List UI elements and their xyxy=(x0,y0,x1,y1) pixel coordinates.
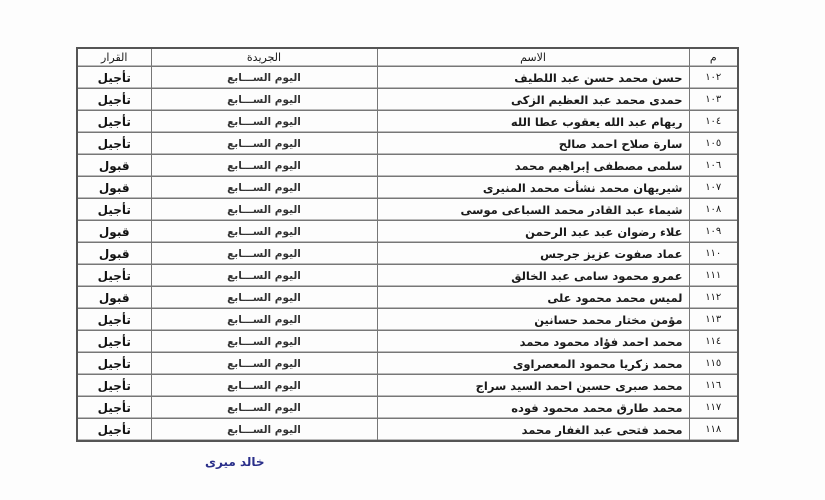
row-newspaper: اليوم الســـابع xyxy=(151,133,377,155)
header-newspaper: الجريدة xyxy=(151,48,377,67)
row-newspaper: اليوم الســـابع xyxy=(151,397,377,419)
row-decision: قبول xyxy=(77,287,151,309)
row-name: محمد طارق محمد محمود فوده xyxy=(377,397,689,419)
row-name: محمد فتحى عبد الغفار محمد xyxy=(377,419,689,442)
row-name: محمد احمد فؤاد محمود محمد xyxy=(377,331,689,353)
row-decision: تأجيل xyxy=(77,375,151,397)
row-name: عماد صفوت عزيز جرجس xyxy=(377,243,689,265)
table-row: ١١٨محمد فتحى عبد الغفار محمداليوم الســـ… xyxy=(77,419,738,442)
row-newspaper: اليوم الســـابع xyxy=(151,287,377,309)
table-row: ١٠٦سلمى مصطفى إبراهيم محمداليوم الســـاب… xyxy=(77,155,738,177)
row-number: ١٠٥ xyxy=(689,133,738,155)
row-name: مؤمن مختار محمد حسانين xyxy=(377,309,689,331)
row-number: ١١١ xyxy=(689,265,738,287)
row-number: ١٠٣ xyxy=(689,89,738,111)
table-row: ١٠٥سارة صلاح احمد صالحاليوم الســـابعتأج… xyxy=(77,133,738,155)
row-name: ريهام عبد الله يعقوب عطا الله xyxy=(377,111,689,133)
row-name: حسن محمد حسن عبد اللطيف xyxy=(377,67,689,89)
table-row: ١١١عمرو محمود سامى عبد الخالقاليوم الســ… xyxy=(77,265,738,287)
row-decision: تأجيل xyxy=(77,265,151,287)
row-decision: تأجيل xyxy=(77,111,151,133)
row-number: ١٠٦ xyxy=(689,155,738,177)
row-name: علاء رضوان عبد عبد الرحمن xyxy=(377,221,689,243)
row-number: ١٠٧ xyxy=(689,177,738,199)
row-number: ١٠٩ xyxy=(689,221,738,243)
row-decision: تأجيل xyxy=(77,89,151,111)
table-row: ١٠٩علاء رضوان عبد عبد الرحمناليوم الســـ… xyxy=(77,221,738,243)
table-row: ١١٣مؤمن مختار محمد حسانيناليوم الســـابع… xyxy=(77,309,738,331)
row-number: ١٠٨ xyxy=(689,199,738,221)
table-row: ١١٠عماد صفوت عزيز جرجساليوم الســـابعقبو… xyxy=(77,243,738,265)
table-row: ١٠٨شيماء عبد القادر محمد السباعى موسىالي… xyxy=(77,199,738,221)
row-decision: قبول xyxy=(77,155,151,177)
row-newspaper: اليوم الســـابع xyxy=(151,375,377,397)
table-row: ١٠٤ريهام عبد الله يعقوب عطا اللهاليوم ال… xyxy=(77,111,738,133)
row-decision: تأجيل xyxy=(77,419,151,442)
row-number: ١١٥ xyxy=(689,353,738,375)
row-decision: قبول xyxy=(77,221,151,243)
row-newspaper: اليوم الســـابع xyxy=(151,331,377,353)
row-decision: تأجيل xyxy=(77,133,151,155)
row-decision: تأجيل xyxy=(77,67,151,89)
row-newspaper: اليوم الســـابع xyxy=(151,199,377,221)
table-row: ١١٥محمد زكريا محمود المعصراوىاليوم الســ… xyxy=(77,353,738,375)
row-newspaper: اليوم الســـابع xyxy=(151,221,377,243)
row-number: ١١٣ xyxy=(689,309,738,331)
row-newspaper: اليوم الســـابع xyxy=(151,111,377,133)
row-decision: تأجيل xyxy=(77,397,151,419)
row-number: ١١٢ xyxy=(689,287,738,309)
row-name: محمد صبرى حسين احمد السيد سراج xyxy=(377,375,689,397)
row-newspaper: اليوم الســـابع xyxy=(151,309,377,331)
row-newspaper: اليوم الســـابع xyxy=(151,177,377,199)
row-decision: تأجيل xyxy=(77,331,151,353)
row-newspaper: اليوم الســـابع xyxy=(151,155,377,177)
header-number: م xyxy=(689,48,738,67)
row-name: سارة صلاح احمد صالح xyxy=(377,133,689,155)
row-name: لميس محمد محمود على xyxy=(377,287,689,309)
header-decision: القرار xyxy=(77,48,151,67)
table-row: ١١٧محمد طارق محمد محمود فودهاليوم الســـ… xyxy=(77,397,738,419)
row-decision: قبول xyxy=(77,177,151,199)
row-number: ١١٧ xyxy=(689,397,738,419)
row-decision: تأجيل xyxy=(77,199,151,221)
row-newspaper: اليوم الســـابع xyxy=(151,265,377,287)
row-name: حمدى محمد عبد العظيم الزكى xyxy=(377,89,689,111)
row-name: عمرو محمود سامى عبد الخالق xyxy=(377,265,689,287)
row-decision: تأجيل xyxy=(77,309,151,331)
table-row: ١١٤محمد احمد فؤاد محمود محمداليوم الســـ… xyxy=(77,331,738,353)
row-number: ١١٦ xyxy=(689,375,738,397)
row-name: سلمى مصطفى إبراهيم محمد xyxy=(377,155,689,177)
members-table: م الاسم الجريدة القرار ١٠٢حسن محمد حسن ع… xyxy=(76,47,739,442)
row-newspaper: اليوم الســـابع xyxy=(151,67,377,89)
row-newspaper: اليوم الســـابع xyxy=(151,89,377,111)
row-decision: قبول xyxy=(77,243,151,265)
row-number: ١٠٢ xyxy=(689,67,738,89)
row-number: ١١٨ xyxy=(689,419,738,442)
row-number: ١١٤ xyxy=(689,331,738,353)
signature: خالد ميرى xyxy=(205,455,265,469)
row-name: شيماء عبد القادر محمد السباعى موسى xyxy=(377,199,689,221)
row-name: محمد زكريا محمود المعصراوى xyxy=(377,353,689,375)
row-number: ١١٠ xyxy=(689,243,738,265)
table-row: ١١٦محمد صبرى حسين احمد السيد سراجاليوم ا… xyxy=(77,375,738,397)
header-name: الاسم xyxy=(377,48,689,67)
row-number: ١٠٤ xyxy=(689,111,738,133)
row-newspaper: اليوم الســـابع xyxy=(151,243,377,265)
table-header-row: م الاسم الجريدة القرار xyxy=(77,48,738,67)
row-decision: تأجيل xyxy=(77,353,151,375)
table-row: ١٠٧شيريهان محمد نشأت محمد المنيرىاليوم ا… xyxy=(77,177,738,199)
row-newspaper: اليوم الســـابع xyxy=(151,419,377,442)
row-name: شيريهان محمد نشأت محمد المنيرى xyxy=(377,177,689,199)
table-row: ١١٢لميس محمد محمود علىاليوم الســـابعقبو… xyxy=(77,287,738,309)
members-table-container: م الاسم الجريدة القرار ١٠٢حسن محمد حسن ع… xyxy=(76,47,737,442)
row-newspaper: اليوم الســـابع xyxy=(151,353,377,375)
table-row: ١٠٢حسن محمد حسن عبد اللطيفاليوم الســـاب… xyxy=(77,67,738,89)
table-row: ١٠٣حمدى محمد عبد العظيم الزكىاليوم الســ… xyxy=(77,89,738,111)
